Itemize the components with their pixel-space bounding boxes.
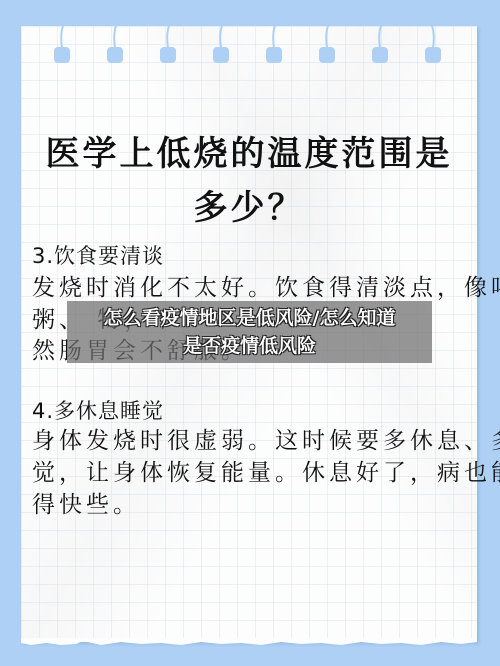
binder-ring-icon (107, 26, 123, 66)
body-line: 发烧时消化不太好。饮食得清淡点，像喝点 (32, 273, 472, 303)
body-line: 身体发烧时很虚弱。这时候要多休息、多睡 (32, 426, 472, 456)
binder-ring-icon (372, 26, 388, 66)
section-heading: 3.饮食要清谈 (32, 243, 164, 269)
binder-ring-icon (266, 26, 282, 66)
caption-text-line2: 是否疫情低风险 (67, 334, 432, 358)
body-line: 得快些。 (32, 490, 472, 520)
binder-ring-icon (213, 26, 229, 66)
body-line: 觉，让身体恢复能量。休息好了，病也能好 (32, 458, 472, 488)
binder-ring-icon (160, 26, 176, 66)
section-heading: 4.多休息睡觉 (32, 398, 164, 424)
page-title: 医学上低烧的温度范围是 (21, 134, 477, 174)
binder-ring-icon (54, 26, 70, 66)
page-title-line2: 多少？ (21, 188, 477, 228)
caption-text-line1: 怎么看疫情地区是低风险/怎么知道 (67, 306, 432, 330)
binder-ring-icon (425, 26, 441, 66)
binder-ring-icon (319, 26, 335, 66)
torn-edge (21, 638, 477, 648)
